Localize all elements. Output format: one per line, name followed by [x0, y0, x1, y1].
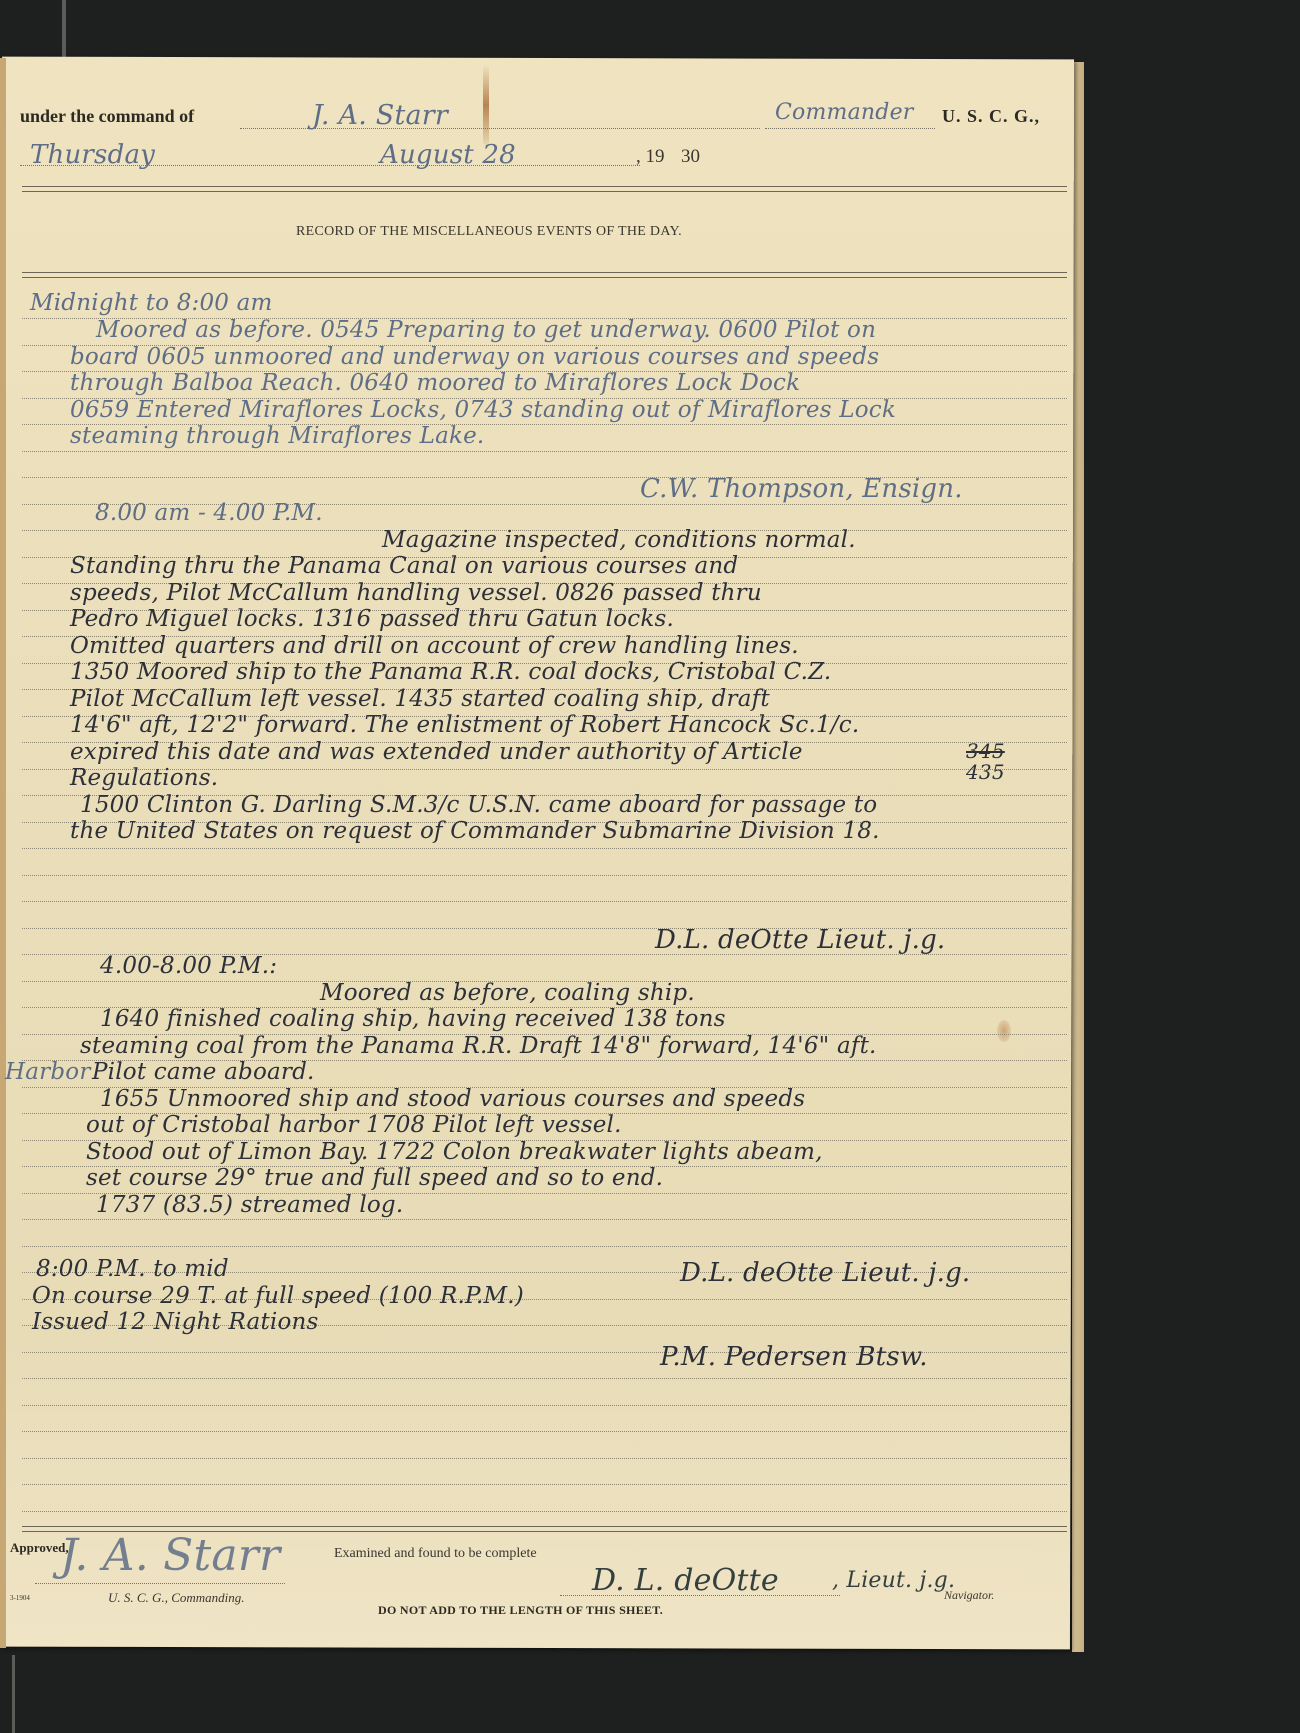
weekday: Thursday	[30, 140, 155, 170]
ruled-line	[22, 1219, 1067, 1220]
section-title: RECORD OF THE MISCELLANEOUS EVENTS OF TH…	[296, 224, 682, 240]
ruled-line	[22, 1431, 1067, 1432]
log-line: 0659 Entered Miraflores Locks, 0743 stan…	[70, 397, 896, 423]
commanding-label: U. S. C. G., Commanding.	[108, 1590, 245, 1606]
log-line: steaming through Miraflores Lake.	[70, 423, 484, 449]
log-line: Omitted quarters and drill on account of…	[70, 633, 799, 659]
ruled-line	[22, 1484, 1067, 1485]
approved-signature: J. A. Starr	[60, 1530, 280, 1581]
article-number-corrected: 435	[966, 760, 1005, 784]
navigator-label: Navigator.	[944, 1588, 994, 1603]
examiner-rank: , Lieut. j.g.	[832, 1568, 955, 1593]
ruled-line	[22, 1458, 1067, 1459]
header-double-rule	[22, 186, 1067, 192]
watch-period: Midnight to 8:00 am	[30, 290, 273, 316]
log-line: Stood out of Limon Bay. 1722 Colon break…	[86, 1139, 823, 1165]
examined-label: Examined and found to be complete	[334, 1546, 537, 1562]
ruled-line	[22, 901, 1067, 902]
watch-period: 8:00 P.M. to mid	[36, 1256, 229, 1282]
log-line: 1640 finished coaling ship, having recei…	[100, 1006, 726, 1032]
ruled-line	[22, 1405, 1067, 1406]
log-line: Magazine inspected, conditions normal.	[382, 527, 856, 553]
log-line: 1500 Clinton G. Darling S.M.3/c U.S.N. c…	[80, 792, 877, 818]
log-line: set course 29° true and full speed and s…	[86, 1165, 663, 1191]
log-line: the United States on request of Commande…	[70, 818, 880, 844]
water-stain-small	[997, 1020, 1011, 1042]
watch-period: 8.00 am - 4.00 P.M.	[95, 500, 323, 526]
log-line: Pilot McCallum left vessel. 1435 started…	[70, 686, 770, 712]
section-double-rule	[22, 272, 1067, 278]
watch-officer-signature: D.L. deOtte Lieut. j.g.	[680, 1258, 970, 1288]
commander-name: J. A. Starr	[312, 100, 448, 131]
watch-officer-signature: C.W. Thompson, Ensign.	[640, 474, 963, 504]
log-line: Standing thru the Panama Canal on variou…	[70, 553, 738, 579]
binding-strip-bottom	[12, 1655, 15, 1733]
log-line: 1655 Unmoored ship and stood various cou…	[100, 1086, 805, 1112]
log-line: Regulations.	[70, 765, 218, 791]
approved-signature-line	[35, 1583, 285, 1584]
ruled-line	[22, 875, 1067, 876]
watch-officer-signature: P.M. Pedersen Btsw.	[660, 1342, 928, 1372]
command-label: under the command of	[20, 106, 194, 127]
log-line: expired this date and was extended under…	[70, 739, 803, 765]
log-line: board 0605 unmoored and underway on vari…	[70, 344, 879, 370]
year-prefix: , 19	[636, 146, 665, 168]
margin-note: Harbor	[5, 1059, 91, 1085]
ruled-line	[22, 848, 1067, 849]
ruled-line	[22, 1511, 1067, 1512]
date: August 28	[380, 140, 516, 170]
log-line: 14'6" aft, 12'2" forward. The enlistment…	[70, 712, 859, 738]
log-line: Moored as before, coaling ship.	[320, 980, 695, 1006]
ruled-line	[22, 451, 1067, 452]
ruled-line	[22, 1246, 1067, 1247]
watch-officer-signature: D.L. deOtte Lieut. j.g.	[655, 925, 945, 955]
log-line: Moored as before. 0545 Preparing to get …	[96, 317, 876, 343]
page-stack-edge	[1072, 62, 1084, 1652]
year-suffix: 30	[681, 146, 700, 168]
log-line: speeds, Pilot McCallum handling vessel. …	[70, 580, 762, 606]
ruled-line	[22, 1378, 1067, 1379]
page-left-edge	[0, 58, 6, 1648]
log-line: Pilot came aboard.	[92, 1059, 315, 1085]
binding-strip	[62, 0, 66, 60]
watch-period: 4.00-8.00 P.M.:	[100, 953, 277, 979]
water-stain	[483, 65, 489, 145]
log-line: On course 29 T. at full speed (100 R.P.M…	[32, 1283, 524, 1309]
log-line: 1737 (83.5) streamed log.	[96, 1192, 403, 1218]
log-line: Issued 12 Night Rations	[32, 1309, 319, 1335]
commander-rank: Commander	[775, 100, 914, 125]
length-notice: DO NOT ADD TO THE LENGTH OF THIS SHEET.	[378, 1603, 663, 1618]
log-line: 1350 Moored ship to the Panama R.R. coal…	[70, 659, 831, 685]
service-label: U. S. C. G.,	[942, 106, 1040, 127]
log-line: through Balboa Reach. 0640 moored to Mir…	[70, 370, 800, 396]
log-line: Pedro Miguel locks. 1316 passed thru Gat…	[70, 606, 674, 632]
log-line: steaming coal from the Panama R.R. Draft…	[80, 1033, 877, 1059]
log-line: out of Cristobal harbor 1708 Pilot left …	[86, 1112, 622, 1138]
examiner-signature: D. L. deOtte	[592, 1563, 779, 1598]
form-number: 3-1904	[10, 1594, 30, 1602]
commander-rank-line	[765, 128, 935, 129]
